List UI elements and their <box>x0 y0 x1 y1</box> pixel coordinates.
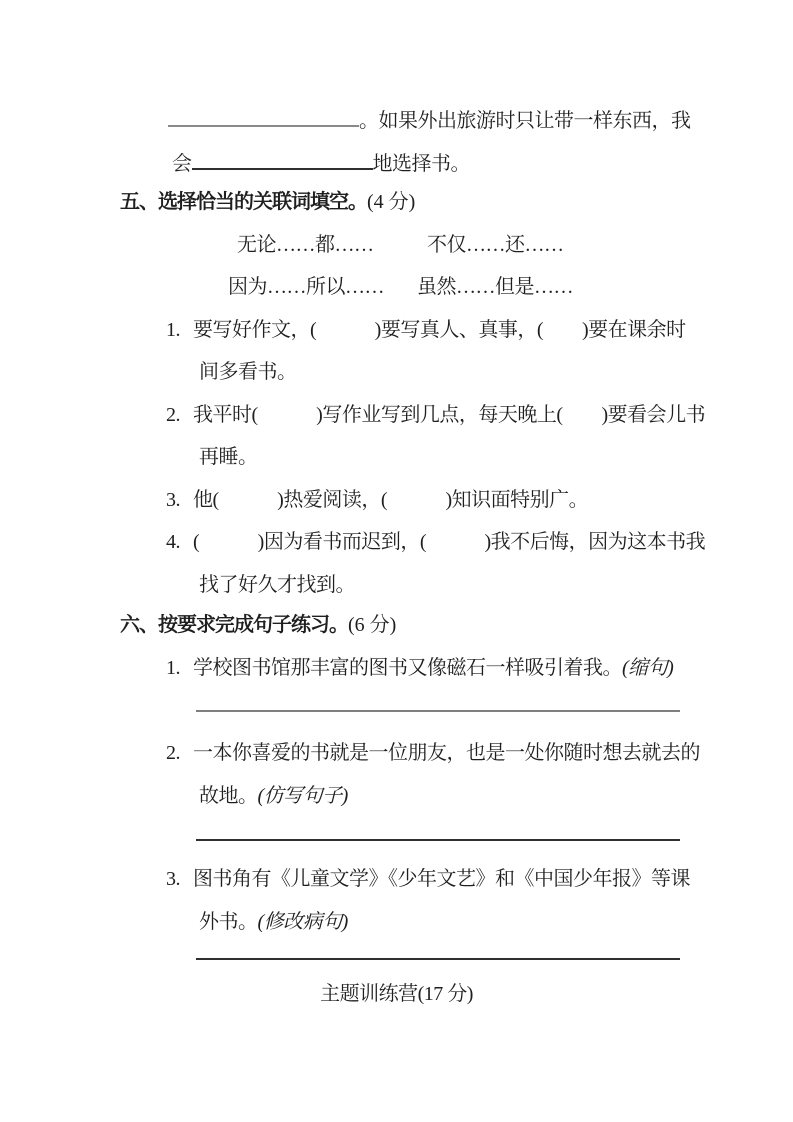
s5-item3-line1: 3.他( )热爱阅读，( )知识面特别广。 <box>166 487 588 513</box>
item-number: 3. <box>166 487 193 513</box>
item-number: 3. <box>166 866 193 892</box>
item-number: 2. <box>166 740 193 766</box>
section6-points: (6 分) <box>348 614 396 636</box>
s5-item4-line2: 找了好久才找到。 <box>199 572 355 598</box>
sec4-line1: 。如果外出旅游时只让带一样东西，我 <box>168 104 691 134</box>
s6-item3-line2: 外书。(修改病句) <box>199 909 348 935</box>
item-text: 间多看书。 <box>199 361 297 383</box>
s5-item1-line2: 间多看书。 <box>199 359 297 385</box>
word-bank-option: 因为……所以…… <box>228 274 384 300</box>
s6-item3-line1: 3.图书角有《儿童文学》《少年文艺》和《中国少年报》等课 <box>166 866 690 892</box>
sec4-line2-suffix: 地选择书。 <box>373 153 471 175</box>
training-camp-banner: 主题训练营(17 分) <box>0 981 793 1007</box>
section6-heading-text: 六、按要求完成句子练习。 <box>120 612 348 636</box>
section5-heading-text: 五、选择恰当的关联词填空。 <box>120 189 367 213</box>
item-text: 找了好久才找到。 <box>199 574 355 596</box>
item-text: 一本你喜爱的书就是一位朋友，也是一处你随时想去就去的 <box>193 742 700 764</box>
item-number: 1. <box>166 317 193 343</box>
item-text: 故地。 <box>199 785 258 807</box>
sec4-line2: 会地选择书。 <box>172 147 470 177</box>
item-number: 1. <box>166 655 193 681</box>
training-camp-title: 主题训练营 <box>320 983 418 1005</box>
word-bank-option: 虽然……但是…… <box>417 274 573 300</box>
item-text[interactable]: 我平时( )写作业写到几点，每天晚上( )要看会儿书 <box>193 404 705 426</box>
s5-item1-line1: 1.要写好作文，( )要写真人、真事，( )要在课余时 <box>166 317 686 343</box>
s6-item2-line1: 2.一本你喜爱的书就是一位朋友，也是一处你随时想去就去的 <box>166 740 700 766</box>
word-bank-option: 无论……都…… <box>237 232 374 258</box>
section5-heading: 五、选择恰当的关联词填空。(4 分) <box>120 188 415 215</box>
answer-line[interactable] <box>196 839 680 841</box>
section5-points: (4 分) <box>367 191 415 213</box>
item-text: 外书。 <box>199 911 258 933</box>
item-note: (仿写句子) <box>258 785 348 807</box>
item-text: 学校图书馆那丰富的图书又像磁石一样吸引着我。 <box>193 657 622 679</box>
word-bank-option: 不仅……还…… <box>427 232 564 258</box>
sec4-line1-text: 。如果外出旅游时只让带一样东西，我 <box>359 110 691 132</box>
item-note: (缩句) <box>622 657 673 679</box>
s5-item4-line1: 4.( )因为看书而迟到，( )我不后悔，因为这本书我 <box>166 529 705 555</box>
item-text[interactable]: 他( )热爱阅读，( )知识面特别广。 <box>193 489 588 511</box>
item-number: 4. <box>166 529 193 555</box>
s6-item2-line2: 故地。(仿写句子) <box>199 783 348 809</box>
item-text[interactable]: 要写好作文，( )要写真人、真事，( )要在课余时 <box>193 319 686 341</box>
s5-item2-line1: 2.我平时( )写作业写到几点，每天晚上( )要看会儿书 <box>166 402 705 428</box>
worksheet-page: 。如果外出旅游时只让带一样东西，我 会地选择书。 五、选择恰当的关联词填空。(4… <box>0 0 793 1122</box>
item-text[interactable]: ( )因为看书而迟到，( )我不后悔，因为这本书我 <box>193 531 705 553</box>
fill-in-blank[interactable] <box>192 147 373 170</box>
item-text: 再睡。 <box>199 446 258 468</box>
item-text: 图书角有《儿童文学》《少年文艺》和《中国少年报》等课 <box>193 868 690 890</box>
section6-heading: 六、按要求完成句子练习。(6 分) <box>120 611 396 638</box>
item-note: (修改病句) <box>258 911 348 933</box>
s5-item2-line2: 再睡。 <box>199 444 258 470</box>
item-number: 2. <box>166 402 193 428</box>
answer-line[interactable] <box>196 710 680 712</box>
answer-line[interactable] <box>196 958 680 960</box>
fill-in-blank[interactable] <box>168 104 359 127</box>
s6-item1-line1: 1.学校图书馆那丰富的图书又像磁石一样吸引着我。(缩句) <box>166 655 673 681</box>
sec4-line2-prefix: 会 <box>172 153 192 175</box>
training-camp-points: (17 分) <box>418 983 473 1005</box>
